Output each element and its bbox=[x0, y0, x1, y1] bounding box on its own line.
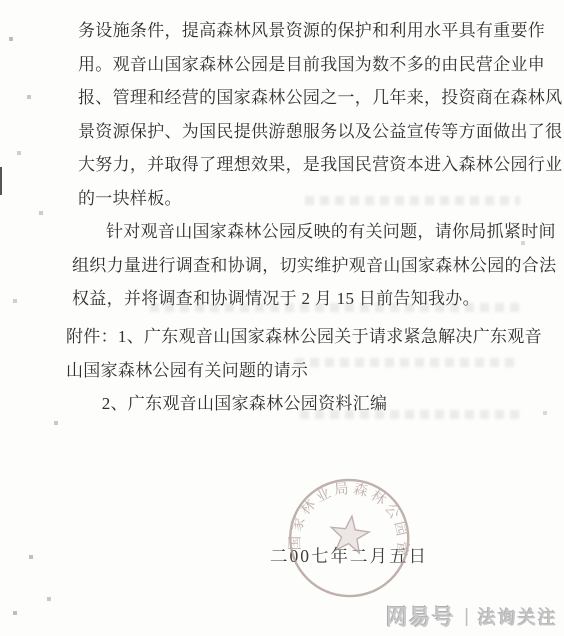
watermark-account-name: 法询关注 bbox=[478, 604, 558, 630]
official-seal: 国家林业局森林公园管理办公室 bbox=[273, 466, 424, 614]
text-line: 用。观音山国家森林公园是目前我国为数不多的由民营企业申 bbox=[78, 48, 562, 82]
paragraph-1: 务设施条件，提高森林风景资源的保护和利用水平具有重要作 用。观音山国家森林公园是… bbox=[78, 14, 562, 215]
bleedthrough-mark bbox=[305, 196, 520, 205]
text-line: 大努力，并取得了理想效果，是我国民营资本进入森林公园行业 bbox=[78, 148, 562, 182]
text-line: 针对观音山国家森林公园反映的有关问题，请你局抓紧时间 bbox=[72, 215, 556, 249]
watermark-divider: | bbox=[464, 606, 469, 628]
text-line: 组织力量进行调查和协调，切实维护观音山国家森林公园的合法 bbox=[72, 249, 556, 283]
netease-watermark: 网易号 | 法询关注 bbox=[386, 601, 558, 632]
netease-logo: 网易号 bbox=[386, 601, 455, 632]
paragraph-2: 针对观音山国家森林公园反映的有关问题，请你局抓紧时间 组织力量进行调查和协调，切… bbox=[72, 215, 556, 316]
seal-star-icon bbox=[329, 514, 371, 554]
bleedthrough-mark bbox=[300, 410, 520, 419]
text-line: 报、管理和经营的国家森林公园之一，几年来，投资商在森林风 bbox=[78, 81, 562, 115]
bleedthrough-mark bbox=[150, 303, 520, 312]
text-line: 务设施条件，提高森林风景资源的保护和利用水平具有重要作 bbox=[78, 14, 562, 48]
bleedthrough-mark bbox=[295, 358, 520, 367]
scan-edge-artifact bbox=[0, 167, 2, 195]
scanned-document-page: 务设施条件，提高森林风景资源的保护和利用水平具有重要作 用。观音山国家森林公园是… bbox=[0, 0, 564, 636]
attachments-section: 附件：1、广东观音山国家森林公园关于请求紧急解决广东观音 山国家森林公园有关问题… bbox=[66, 320, 542, 421]
scan-noise-specks bbox=[0, 0, 2, 2]
attachment-line: 附件：1、广东观音山国家森林公园关于请求紧急解决广东观音 bbox=[66, 320, 542, 354]
text-line: 景资源保护、为国民提供游憩服务以及公益宣传等方面做出了很 bbox=[78, 115, 562, 149]
